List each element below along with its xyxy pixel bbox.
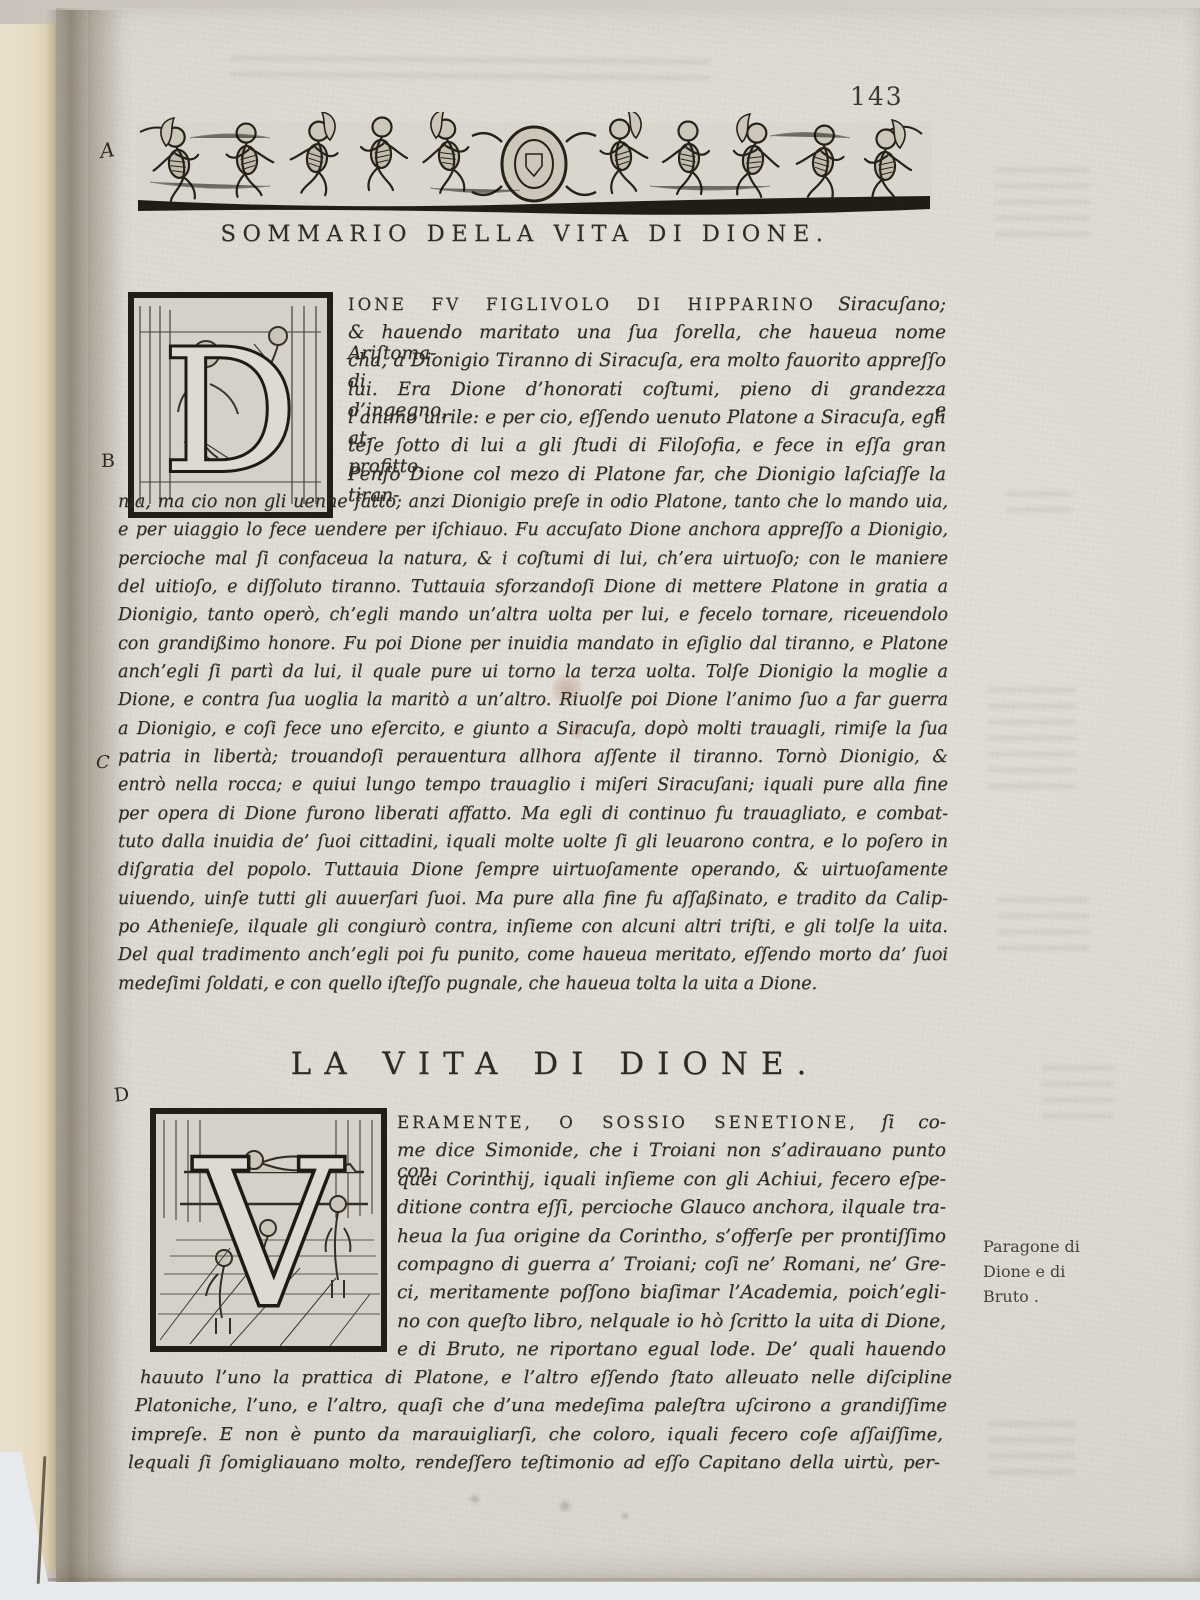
svg-text:D: D bbox=[163, 314, 298, 510]
summary-heading: SOMMARIO DELLA VITA DI DIONE. bbox=[195, 221, 855, 247]
margin-letter-b: B bbox=[101, 450, 115, 472]
underlying-page-edge bbox=[0, 24, 60, 1569]
text-line: a Dionigio, e coſi fece uno eſercito, e … bbox=[118, 719, 948, 747]
margin-note-line: Dione e di bbox=[983, 1259, 1101, 1284]
text-line: lui. Era Dione d’honorati coſtumi, pieno… bbox=[348, 379, 946, 407]
text-line: ERAMENTE, O SOSSIO SENETIONE, ſi co- bbox=[397, 1112, 946, 1140]
putti-frieze-woodcut bbox=[130, 112, 938, 216]
text-line: & hauendo maritato una ſua ſorella, che … bbox=[348, 322, 946, 350]
text-line: lequali ſi ſomigliauano molto, rendeſſer… bbox=[128, 1453, 940, 1481]
line-tail: Siracuſano; bbox=[838, 294, 946, 315]
text-line: anch’egli ſi partì da lui, il quale pure… bbox=[118, 662, 948, 690]
margin-note: Paragone di Dione e di Bruto . bbox=[983, 1234, 1101, 1309]
page-bottom-edge bbox=[0, 1578, 1200, 1581]
text-line: no con queſto libro, nelquale io hò ſcri… bbox=[397, 1311, 946, 1339]
svg-text:V: V bbox=[194, 1119, 344, 1352]
text-line: con grandißimo honore. Fu poi Dione per … bbox=[118, 634, 948, 662]
text-line: l’animo uirile: e per cio, eſſendo uenut… bbox=[348, 407, 946, 435]
text-line: ditione contra eſſi, percioche Glauco an… bbox=[397, 1197, 946, 1225]
text-line: quei Corinthij, iquali inſieme con gli A… bbox=[397, 1169, 946, 1197]
text-line: me dice Simonide, che i Troiani non s’ad… bbox=[397, 1140, 946, 1168]
text-line: Platoniche, l’uno, e l’altro, quaſi che … bbox=[135, 1396, 947, 1424]
text-line: per opera di Dione furono liberati affat… bbox=[118, 804, 948, 832]
text-line: Penſò Dione col mezo di Platone far, che… bbox=[348, 464, 946, 492]
text-line: entrò nella rocca; e quiui lungo tempo t… bbox=[118, 775, 948, 803]
text-line: po Athenieſe, ilquale gli congiurò contr… bbox=[118, 917, 948, 945]
text-line: heua la ſua origine da Corintho, s’offer… bbox=[397, 1226, 946, 1254]
text-line: medeſimi ſoldati, e con quello iſteſſo p… bbox=[118, 974, 817, 1002]
page-number: 143 bbox=[850, 82, 904, 111]
text-line: compagno di guerra a’ Troiani; coſi ne’ … bbox=[397, 1254, 946, 1282]
drop-cap-d-woodcut: D bbox=[128, 292, 333, 518]
text-line: Dione, e contra ſua uoglia la maritò a u… bbox=[118, 690, 948, 718]
text-line: e per uiaggio lo fece uendere per iſchia… bbox=[118, 520, 948, 548]
text-line: tuto dalla inuidia de’ ſuoi cittadini, i… bbox=[118, 832, 948, 860]
photo-background-bottom bbox=[0, 1582, 1200, 1600]
line-caps: ERAMENTE, O SOSSIO SENETIONE, bbox=[397, 1113, 858, 1132]
text-line: nia, ma cio non gli uenne fatto; anzi Di… bbox=[118, 492, 948, 520]
line-tail: ſi co- bbox=[882, 1112, 946, 1133]
text-line: patria in libertà; trouandoſi perauentur… bbox=[118, 747, 948, 775]
text-line: cha, a Dionigio Tiranno di Siracuſa, era… bbox=[348, 350, 946, 378]
text-line: Del qual tradimento anch’egli poi fu pun… bbox=[118, 945, 948, 973]
text-line: IONE FV FIGLIVOLO DI HIPPARINO Siracuſan… bbox=[348, 294, 946, 322]
text-line: impreſe. E non è punto da marauigliarſi,… bbox=[131, 1425, 943, 1453]
text-line: hauuto l’uno la prattica di Platone, e l… bbox=[140, 1368, 952, 1396]
margin-note-line: Paragone di bbox=[983, 1234, 1101, 1259]
line-caps: IONE FV FIGLIVOLO DI HIPPARINO bbox=[348, 295, 816, 314]
text-line: e di Bruto, ne riportano egual lode. De’… bbox=[397, 1339, 946, 1367]
text-line: ci, meritamente poſſono biaſimar l’Acade… bbox=[397, 1282, 946, 1310]
margin-letter-d: D bbox=[113, 1083, 130, 1106]
text-line: teſe ſotto di lui a gli ſtudi di Filoſof… bbox=[348, 435, 946, 463]
text-line: percioche mal ſi confaceua la natura, & … bbox=[118, 549, 948, 577]
drop-cap-v-woodcut: V bbox=[150, 1108, 387, 1352]
text-line: uiuendo, uinſe tutti gli auuerſari ſuoi.… bbox=[118, 889, 948, 917]
margin-note-line: Bruto . bbox=[983, 1284, 1101, 1309]
text-line: Dionigio, tanto operò, ch’egli mando un’… bbox=[118, 605, 948, 633]
life-heading: LA VITA DI DIONE. bbox=[235, 1046, 875, 1082]
text-line: diſgratia del popolo. Tuttauia Dione ſem… bbox=[118, 860, 948, 888]
book-photo: 143 A B C D bbox=[0, 0, 1200, 1600]
text-line: del uitioſo, e diſſoluto tiranno. Tuttau… bbox=[118, 577, 948, 605]
margin-letter-c: C bbox=[96, 752, 110, 773]
margin-letter-a: A bbox=[98, 137, 116, 163]
